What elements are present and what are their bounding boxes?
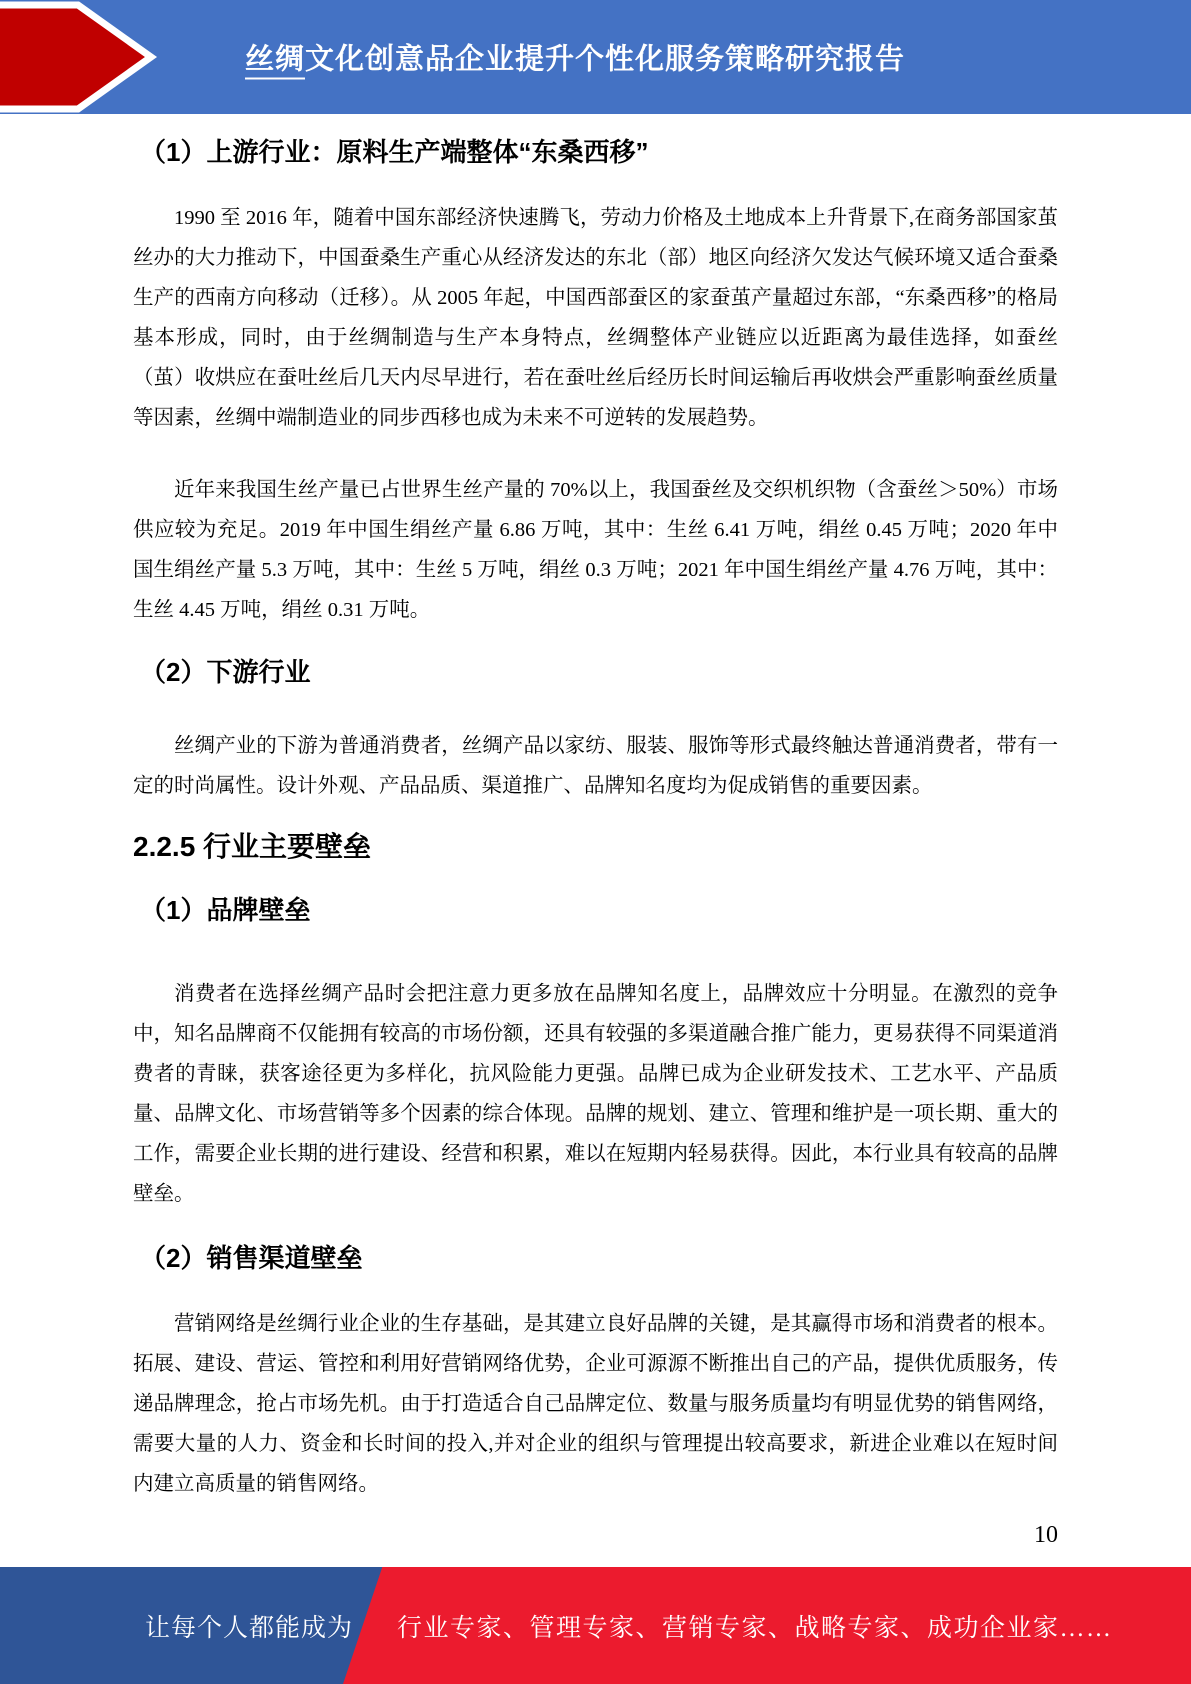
paragraph-brand-barrier: 消费者在选择丝绸产品时会把注意力更多放在品牌知名度上，品牌效应十分明显。在激烈的… — [133, 974, 1058, 1214]
footer-right-tagline: 行业专家、管理专家、营销专家、战略专家、成功企业家…… — [397, 1608, 1113, 1644]
paragraph-upstream-2: 近年来我国生丝产量已占世界生丝产量的 70%以上，我国蚕丝及交织机织物（含蚕丝＞… — [133, 470, 1058, 630]
report-title: 丝绸文化创意品企业提升个性化服务策略研究报告 — [245, 37, 905, 78]
footer-left-tagline: 让每个人都能成为 — [145, 1608, 353, 1644]
report-page: 丝绸文化创意品企业提升个性化服务策略研究报告 （1）上游行业：原料生产端整体“东… — [0, 0, 1191, 1684]
heading-brand-barrier: （1）品牌壁垒 — [140, 892, 1058, 928]
page-number: 10 — [133, 1520, 1058, 1550]
heading-industry-barriers: 2.2.5 行业主要壁垒 — [133, 828, 1058, 866]
report-header: 丝绸文化创意品企业提升个性化服务策略研究报告 — [0, 0, 1191, 114]
header-arrow-icon — [0, 0, 162, 114]
report-title-underlined-part: 丝绸 — [245, 44, 305, 80]
heading-sales-channel-barrier: （2）销售渠道壁垒 — [140, 1240, 1058, 1276]
document-body: （1）上游行业：原料生产端整体“东桑西移” 1990 至 2016 年，随着中国… — [0, 114, 1191, 1550]
page-footer: 让每个人都能成为 行业专家、管理专家、营销专家、战略专家、成功企业家…… — [0, 1567, 1191, 1684]
heading-upstream-industry: （1）上游行业：原料生产端整体“东桑西移” — [140, 134, 1058, 170]
heading-downstream-industry: （2）下游行业 — [140, 654, 1058, 690]
report-title-rest: 文化创意品企业提升个性化服务策略研究报告 — [305, 44, 905, 76]
paragraph-downstream: 丝绸产业的下游为普通消费者，丝绸产品以家纺、服装、服饰等形式最终触达普通消费者，… — [133, 726, 1058, 806]
paragraph-upstream-1: 1990 至 2016 年，随着中国东部经济快速腾飞，劳动力价格及土地成本上升背… — [133, 198, 1058, 438]
paragraph-sales-channel-barrier: 营销网络是丝绸行业企业的生存基础，是其建立良好品牌的关键，是其赢得市场和消费者的… — [133, 1304, 1058, 1504]
